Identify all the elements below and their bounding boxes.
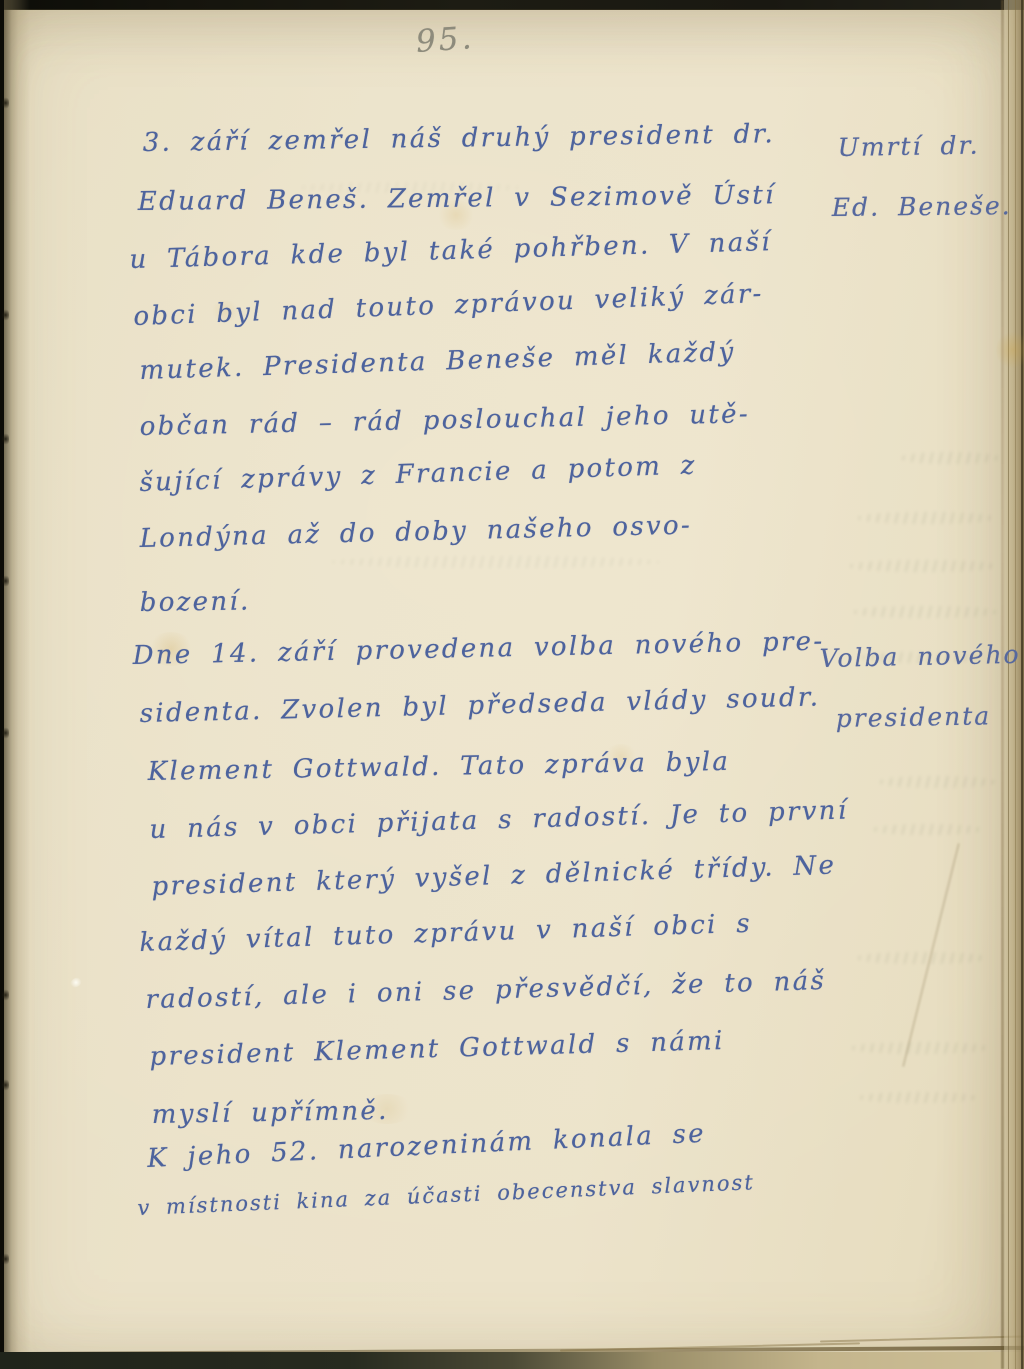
chronicle-line: mutek. Presidenta Beneše měl každý bbox=[139, 337, 736, 386]
scan-right-edge bbox=[1021, 0, 1023, 1369]
chronicle-line: občan rád – rád poslouchal jeho utě- bbox=[139, 399, 750, 442]
chronicle-line: president který vyšel z dělnické třídy. … bbox=[151, 851, 837, 902]
binding-stitch bbox=[2, 574, 9, 588]
binding-shadow bbox=[4, 0, 30, 1369]
bleed-through-ghost bbox=[900, 452, 1000, 464]
binding-stitch bbox=[2, 1078, 9, 1092]
chronicle-line: každý vítal tuto zprávu v naší obci s bbox=[139, 909, 752, 958]
scan-top-edge bbox=[0, 0, 1024, 10]
bleed-through-ghost bbox=[878, 776, 996, 788]
bleed-through-ghost bbox=[848, 560, 998, 572]
chronicle-line: myslí upřímně. bbox=[151, 1096, 388, 1130]
scan-bottom-edge bbox=[0, 1352, 1024, 1369]
chronicle-line: šující zprávy z Francie a potom z bbox=[139, 451, 697, 498]
binding-stitch bbox=[2, 96, 9, 110]
bleed-through-ghost bbox=[856, 952, 988, 964]
binding-stitch bbox=[2, 1252, 9, 1266]
chronicle-line: Dne 14. září provedena volba nového pre- bbox=[132, 627, 824, 671]
chronicle-line: president Klement Gottwald s námi bbox=[149, 1026, 725, 1072]
chronicle-line: bození. bbox=[140, 586, 251, 618]
margin-note-line: Volba nového bbox=[819, 640, 1020, 673]
scanned-chronicle-page: 95. 3. září zemřel náš druhý president d… bbox=[0, 0, 1024, 1369]
margin-note-line: Umrtí dr. bbox=[837, 131, 979, 162]
chronicle-line: Eduard Beneš. Zemřel v Sezimově Ústí bbox=[138, 180, 776, 217]
chronicle-line: Klement Gottwald. Tato zpráva byla bbox=[147, 747, 730, 787]
bleed-through-ghost bbox=[330, 556, 660, 568]
page-edge-line bbox=[1015, 0, 1016, 1369]
binding-stitch bbox=[2, 988, 9, 1002]
chronicle-line: Londýna až do doby našeho osvo- bbox=[139, 511, 692, 554]
bleed-through-ghost bbox=[850, 1042, 990, 1054]
bleed-through-ghost bbox=[872, 824, 982, 835]
chronicle-line: u nás v obci přijata s radostí. Je to pr… bbox=[149, 795, 849, 845]
chronicle-line: u Tábora kde byl také pohřben. V naší bbox=[129, 227, 772, 275]
paper-crease bbox=[902, 843, 960, 1067]
chronicle-line: obci byl nad touto zprávou veliký zár- bbox=[133, 279, 764, 332]
bleed-through-ghost bbox=[858, 1092, 978, 1103]
binding-stitch bbox=[2, 726, 9, 740]
binding-stitch bbox=[2, 432, 9, 446]
margin-note-line: presidenta bbox=[835, 701, 991, 733]
binding-stitch bbox=[2, 308, 9, 322]
bleed-through-ghost bbox=[852, 606, 998, 618]
bleed-through-ghost bbox=[856, 512, 996, 524]
chronicle-line: radostí, ale i oni se přesvědčí, že to n… bbox=[145, 966, 826, 1015]
chronicle-line: 3. září zemřel náš druhý president dr. bbox=[143, 119, 776, 158]
page-stack-line bbox=[820, 1336, 1024, 1343]
chronicle-line: v místnosti kina za účasti obecenstva sl… bbox=[137, 1170, 755, 1220]
margin-note-line: Ed. Beneše. bbox=[832, 191, 1012, 222]
chronicle-line: sidenta. Zvolen byl předseda vlády soudr… bbox=[139, 682, 820, 729]
page-number: 95. bbox=[415, 20, 476, 60]
paper-fleck bbox=[69, 976, 84, 990]
